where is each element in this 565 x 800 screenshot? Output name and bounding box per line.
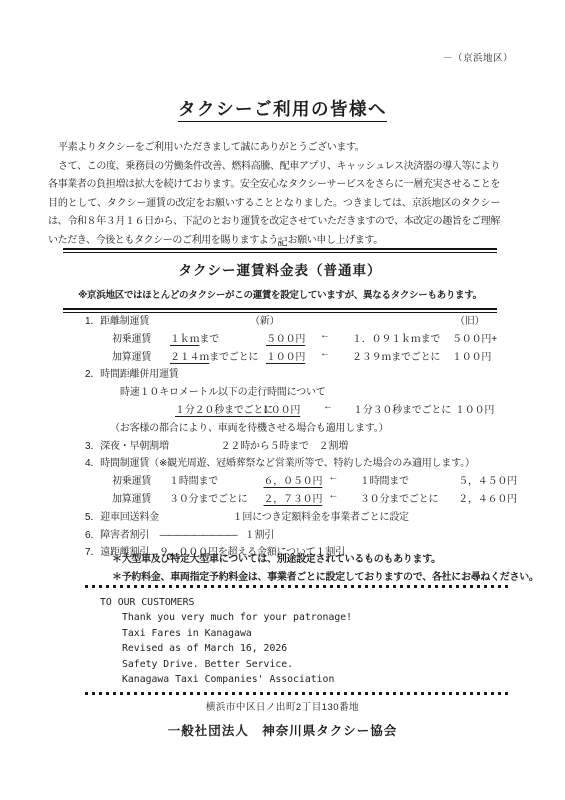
- fare-row-new-value: １００円: [266, 348, 320, 366]
- dotted-rule-top: [85, 585, 510, 588]
- greeting-paragraph: 平素よりタクシーをご利用いただきまして誠にありがとうございます。: [48, 139, 500, 158]
- fare-row-old-value: １００円: [455, 401, 494, 419]
- fare-row-condition: ３０分までごとに: [169, 490, 263, 508]
- fare-row-old-value: ５，４５０円: [458, 472, 517, 490]
- fare-row-old-value: １００円: [452, 348, 517, 366]
- item3-heading: 3．深夜・早朝割増: [85, 437, 218, 452]
- notice-document: －（京浜地区） タクシーご利用の皆様へ 平素よりタクシーをご利用いただきまして誠…: [0, 0, 565, 800]
- item3-value: ２２時から５時まで ２割増: [221, 441, 348, 452]
- corner-region-note: －（京浜地区）: [443, 50, 513, 64]
- item1-heading-line: 1．距離制運賃 （新） （旧）: [85, 312, 517, 330]
- fare-table-note: ※京浜地区ではほとんどのタクシーがこの運賃を設定していますが、異なるタクシーもあ…: [63, 287, 497, 301]
- item5-line: 5．迎車回送料金 １回につき定額料金を事業者ごとに設定: [85, 508, 517, 526]
- english-line: Thank you very much for your patronage!: [122, 610, 510, 625]
- left-arrow-icon: ←: [320, 330, 352, 348]
- fare-row-label: 初乗運賃: [112, 472, 169, 490]
- item6-line: 6．障害者割引 ――――――――― １割引: [85, 526, 517, 544]
- item1-row-added: 加算運賃 ２１４ｍまでごとに １００円 ← ２３９ｍまでごとに １００円: [85, 348, 517, 366]
- item4-row-initial: 初乗運賃 １時間まで ６，０５０円 ← １時間まで ５，４５０円: [85, 472, 517, 490]
- english-line: Taxi Fares in Kanagawa: [122, 626, 510, 641]
- left-arrow-icon: ←: [328, 472, 359, 490]
- left-arrow-icon: ←: [328, 490, 359, 508]
- item4-heading: 4．時間制運賃（※観光周遊、冠婚葬祭など営業所等で、特約した場合のみ適用します。…: [85, 458, 475, 469]
- association-address: 横浜市中区日ノ出町2丁目130番地: [0, 699, 565, 713]
- english-line: Kanagawa Taxi Companies' Association: [122, 672, 510, 687]
- ki-marker: 記: [0, 234, 565, 249]
- fare-row-condition: ２１４ｍまでごとに: [170, 348, 266, 366]
- dash-leader: ―――――――――: [160, 530, 237, 541]
- item2-heading: 2．時間距離併用運賃: [85, 369, 179, 380]
- double-rule-top: [63, 248, 497, 253]
- fare-row-new-value: ５００円: [266, 330, 320, 348]
- fare-row-old-value: ５００円+: [452, 330, 517, 348]
- column-header-old: （旧）: [455, 312, 484, 327]
- document-title-text: タクシーご利用の皆様へ: [178, 99, 387, 122]
- fare-row-old-value: ２，４６０円: [458, 490, 517, 508]
- english-line: Safety Drive. Better Service.: [122, 657, 510, 672]
- fare-row-label: 加算運賃: [112, 490, 169, 508]
- fare-row-old-condition: １．０９１ｋｍまで: [352, 330, 452, 348]
- fare-row-condition: １ｋｍまで: [170, 330, 266, 348]
- column-header-new: （新）: [250, 312, 279, 327]
- item1-row-initial: 初乗運賃 １ｋｍまで ５００円 ← １．０９１ｋｍまで ５００円+: [85, 330, 517, 348]
- document-title: タクシーご利用の皆様へ: [0, 96, 565, 121]
- fare-row-condition: １時間まで: [169, 472, 263, 490]
- fare-row-old-condition: １時間まで: [360, 472, 458, 490]
- item2-note: （お客様の都合により、車両を待機させる場合も適用します。）: [85, 419, 517, 437]
- item1-heading: 1．距離制運賃: [85, 316, 149, 327]
- fare-row-label: 初乗運賃: [112, 330, 170, 348]
- footnotes: ＊大型車及び特定大型車については、別途設定されているものもあります。 ＊予約料金…: [112, 551, 539, 586]
- left-arrow-icon: ←: [323, 401, 353, 419]
- english-line: Revised as of March 16, 2026: [122, 641, 510, 656]
- item5-heading: 5．迎車回送料金: [85, 508, 230, 523]
- item4-row-added: 加算運賃 ３０分までごとに ２，７３０円 ← ３０分までごとに ２，４６０円: [85, 490, 517, 508]
- left-arrow-icon: ←: [320, 348, 352, 366]
- item2-row: １分２０秒までごとに １００円 ← １分３０秒までごとに １００円: [85, 401, 517, 419]
- english-heading: TO OUR CUSTOMERS: [100, 595, 510, 610]
- item2-subline: 時速１０キロメートル以下の走行時間について: [85, 383, 517, 401]
- item6-heading: 6．障害者割引: [85, 526, 157, 541]
- item6-value: １割引: [245, 530, 274, 541]
- fare-row-old-condition: ３０分までごとに: [360, 490, 458, 508]
- association-name: 一般社団法人 神奈川県タクシー協会: [0, 721, 565, 739]
- fare-row-new-value: ２，７３０円: [263, 490, 328, 508]
- fare-table-title: タクシー運賃料金表（普通車）: [63, 259, 497, 279]
- item5-value: １回につき定額料金を事業者ごとに設定: [233, 512, 409, 523]
- fare-row-old-condition: １分３０秒までごとに: [353, 401, 455, 419]
- fare-table-header-box: タクシー運賃料金表（普通車） ※京浜地区ではほとんどのタクシーがこの運賃を設定し…: [63, 248, 497, 313]
- fare-row-new-value: ６，０５０円: [263, 472, 328, 490]
- footnote-large-vehicles: ＊大型車及び特定大型車については、別途設定されているものもあります。: [112, 551, 539, 569]
- item2-heading-line: 2．時間距離併用運賃: [85, 365, 517, 383]
- fare-row-new-value: １００円: [261, 401, 323, 419]
- item4-heading-line: 4．時間制運賃（※観光周遊、冠婚葬祭など営業所等で、特約した場合のみ適用します。…: [85, 454, 517, 472]
- fare-row-condition: １分２０秒までごとに: [175, 401, 261, 419]
- fare-list: 1．距離制運賃 （新） （旧） 初乗運賃 １ｋｍまで ５００円 ← １．０９１ｋ…: [85, 312, 517, 561]
- fare-row-old-condition: ２３９ｍまでごとに: [352, 348, 452, 366]
- item3-line: 3．深夜・早朝割増 ２２時から５時まで ２割増: [85, 437, 517, 455]
- footnote-reservation-fees: ＊予約料金、車両指定予約料金は、事業者ごとに設定しておりますので、各社にお尋ねく…: [112, 569, 539, 587]
- english-notice-block: TO OUR CUSTOMERS Thank you very much for…: [85, 585, 510, 695]
- fare-row-label: 加算運賃: [112, 348, 170, 366]
- dotted-rule-bottom: [85, 692, 510, 695]
